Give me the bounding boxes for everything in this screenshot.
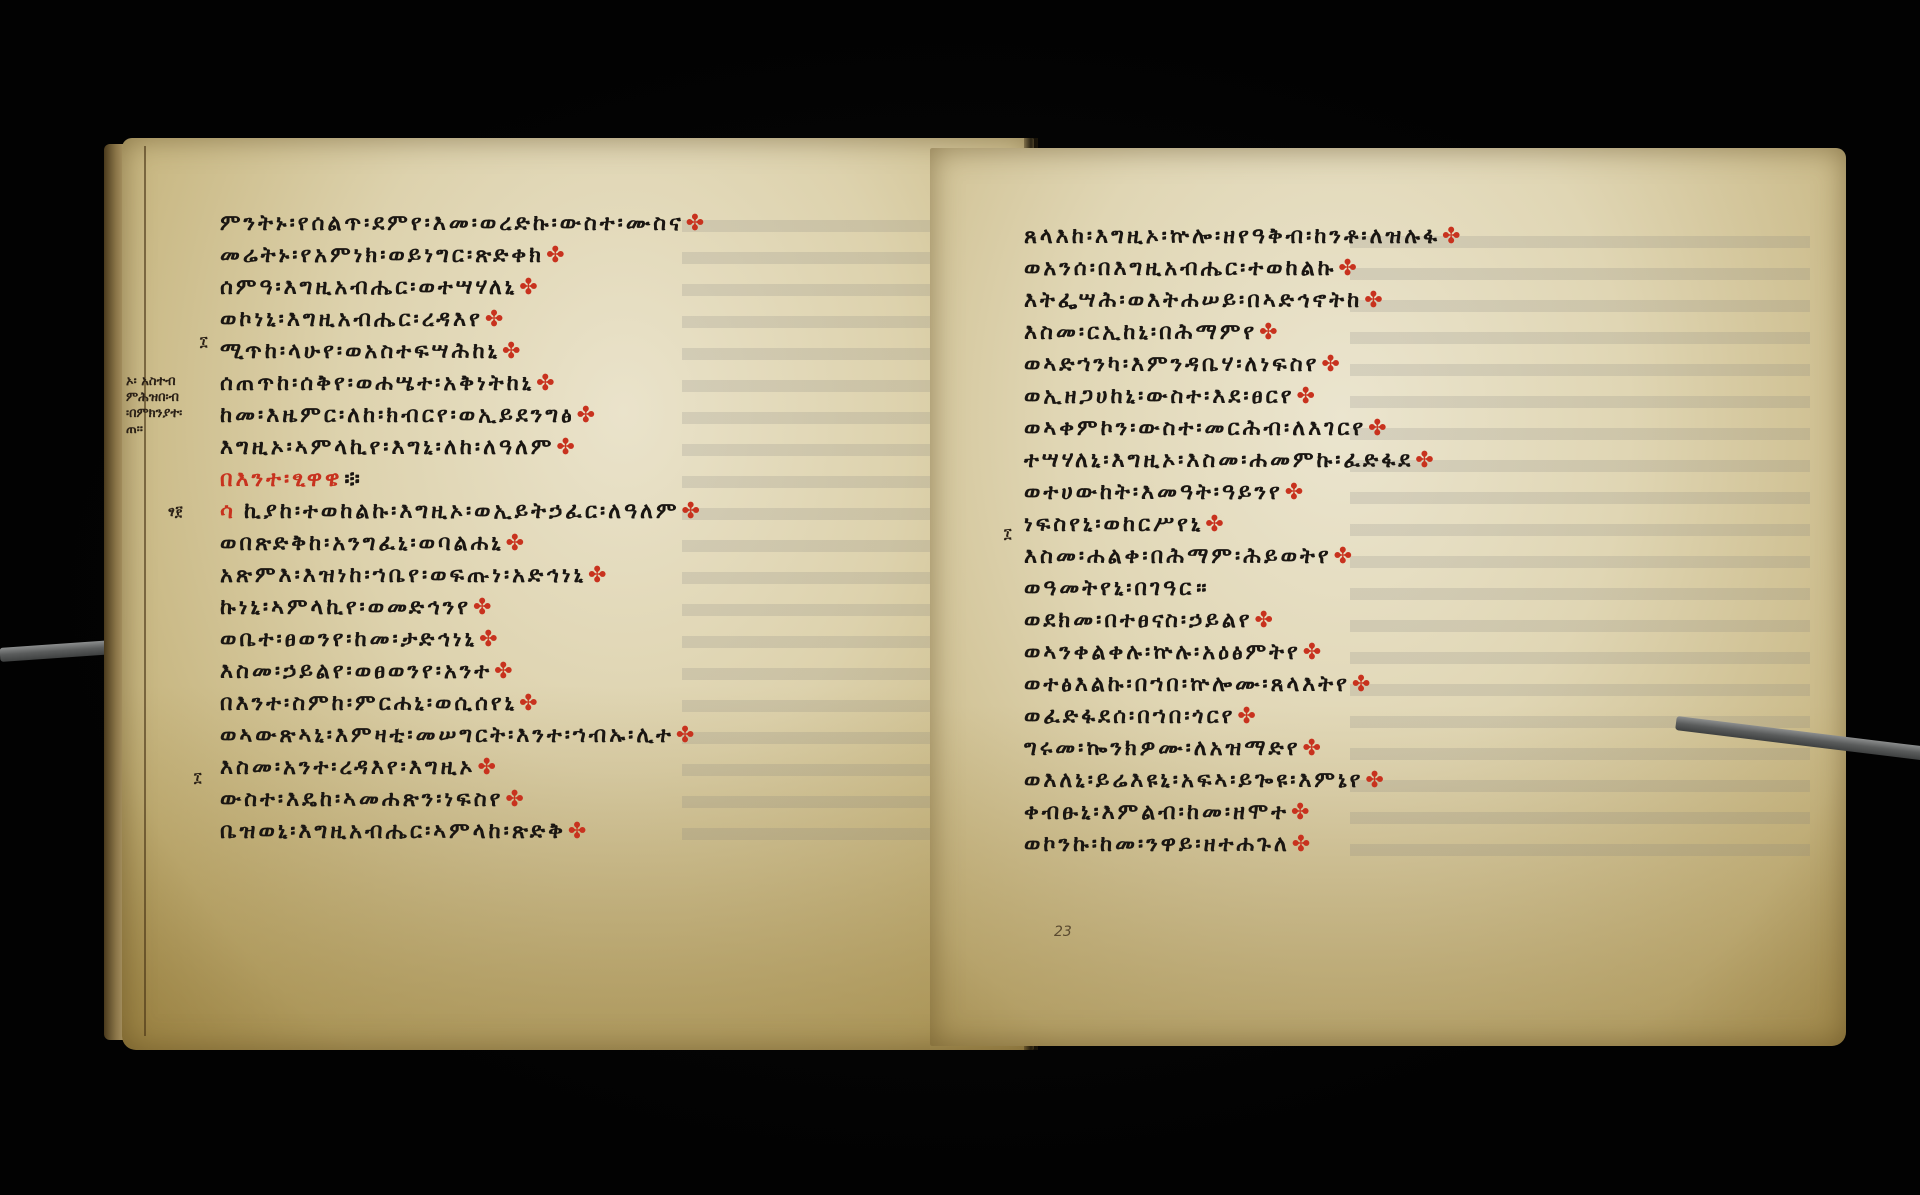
text-line: ወኣንቀልቀሉ፡ኵሉ፡አዕፅምትየ✤ <box>1024 637 1463 669</box>
text-line: ወኢዘጋሀከኒ፡ውስተ፡እደ፡ፀርየ✤ <box>1024 381 1463 413</box>
text-line: እትፌሣሕ፡ወእትሐሠይ፡በኣድኅኖትከ✤ <box>1024 285 1463 317</box>
rubric-heading: በእንተ፡ፂዋዌ፨ <box>220 464 707 496</box>
text-line: ቀብፁኒ፡እምልብ፡ከመ፡ዘሞተ✤ <box>1024 797 1463 829</box>
text-line: አጽምእ፡እዝነከ፡ኀቤየ፡ወፍጡነ፡አድኅነኒ✤ <box>220 560 707 592</box>
text-line: በእንተ፡ስምከ፡ምርሐኒ፡ወሲሰየኒ✤ <box>220 688 707 720</box>
text-line: ውስተ፡እዴከ፡ኣመሐጽን፡ነፍስየ✤ <box>220 784 707 816</box>
open-manuscript: ኦ፡ አስተብ ምሕዝበ፡ብ ፡በምክንያተ፡ ጠ፡፡ ፲ ፃ፻ ፲ ምንትኑ፡… <box>104 138 1752 1050</box>
text-line: ምንትኑ፡የሰልጥ፡ደምየ፡እመ፡ወረድኩ፡ውስተ፡ሙስና✤ <box>220 208 707 240</box>
text-line: ወቤተ፡ፀወንየ፡ከመ፡ታድኅነኒ✤ <box>220 624 707 656</box>
text-line: ወኣቀምኮን፡ውስተ፡መርሕብ፡ለእገርየ✤ <box>1024 413 1463 445</box>
text-line: ወኣድኀንካ፡እምንዳቤሃ፡ለነፍስየ✤ <box>1024 349 1463 381</box>
page-edge-line <box>144 146 146 1036</box>
text-line: እስመ፡ኃይልየ፡ወፀወንየ፡አንተ✤ <box>220 656 707 688</box>
text-line: እስመ፡ርኢከኒ፡በሕማምየ✤ <box>1024 317 1463 349</box>
text-line: ወፈድፋደሰ፡በኀበ፡ጎርየ✤ <box>1024 701 1463 733</box>
text-line: ወተፅእልኩ፡በኀበ፡ኵሎሙ፡ጸላእትየ✤ <box>1024 669 1463 701</box>
text-line: ሳኪያከ፡ተወከልኩ፡እግዚኦ፡ወኢይትኃፈር፡ለዓለም✤ <box>220 496 707 528</box>
photo-background: ኦ፡ አስተብ ምሕዝበ፡ብ ፡በምክንያተ፡ ጠ፡፡ ፲ ፃ፻ ፲ ምንትኑ፡… <box>0 0 1920 1195</box>
text-line: ኩነኒ፡ኣምላኪየ፡ወመድኅንየ✤ <box>220 592 707 624</box>
text-line: ወበጽድቅከ፡አንግፈኒ፡ወባልሐኒ✤ <box>220 528 707 560</box>
margin-note-line-3: ፡በምክንያተ፡ <box>126 406 182 422</box>
text-line: ወኮነኒ፡እግዚአብሔር፡ረዳእየ✤ <box>220 304 707 336</box>
text-line: ቤዝወኒ፡እግዚአብሔር፡ኣምላከ፡ጽድቅ✤ <box>220 816 707 848</box>
text-line: ወኮንኩ፡ከመ፡ንዋይ፡ዘተሐጉለ✤ <box>1024 829 1463 861</box>
text-line: እግዚኦ፡ኣምላኪየ፡እግኒ፡ለከ፡ለዓለም✤ <box>220 432 707 464</box>
margin-numeral: ፲ <box>200 334 207 350</box>
rubric-initial: ሳ <box>220 499 236 524</box>
text-line: መሬትኑ፡የአምነክ፡ወይነግር፡ጽድቀክ✤ <box>220 240 707 272</box>
text-line: ወኣውጽኣኒ፡እምዛቲ፡መሠግርት፡እንተ፡ኀብኡ፡ሊተ✤ <box>220 720 707 752</box>
margin-note-line-2: ምሕዝበ፡ብ <box>126 390 179 406</box>
text-line: ሰጠጥከ፡ሰቅየ፡ወሐሤተ፡አቅነትከኒ✤ <box>220 368 707 400</box>
text-line: ከመ፡እዜምር፡ለከ፡ክብርየ፡ወኢይደንግፅ✤ <box>220 400 707 432</box>
text-line: ሚጥከ፡ላሁየ፡ወአስተፍሣሕከኒ✤ <box>220 336 707 368</box>
margin-numeral: ፃ፻ <box>168 504 183 520</box>
text-line: ሰምዓ፡እግዚአብሔር፡ወተሣሃለኒ✤ <box>220 272 707 304</box>
text-line: ተሣሃለኒ፡እግዚኦ፡እስመ፡ሐመምኩ፡ፈድፋደ✤ <box>1024 445 1463 477</box>
text-line: ወዓመትየኒ፡በገዓር። <box>1024 573 1463 605</box>
text-line: ወደክመ፡በተፀናስ፡ኃይልየ✤ <box>1024 605 1463 637</box>
page-number: 23 <box>1054 924 1072 940</box>
margin-note-line-1: ኦ፡ አስተብ <box>126 374 176 390</box>
text-line: ነፍስየኒ፡ወከርሥየኒ✤ <box>1024 509 1463 541</box>
text-line: ግሩመ፡ኰንክዎሙ፡ለአዝማድየ✤ <box>1024 733 1463 765</box>
text-line: ወአንሰ፡በእግዚአብሔር፡ተወከልኩ✤ <box>1024 253 1463 285</box>
margin-note-line-4: ጠ፡፡ <box>126 422 143 438</box>
left-page-text: ምንትኑ፡የሰልጥ፡ደምየ፡እመ፡ወረድኩ፡ውስተ፡ሙስና✤ መሬትኑ፡የአምነ… <box>220 208 707 848</box>
text-line: እስመ፡ሐልቀ፡በሕማም፡ሕይወትየ✤ <box>1024 541 1463 573</box>
text-line: ጸላእከ፡እግዚኦ፡ኵሎ፡ዘየዓቅብ፡ከንቶ፡ለዝሉፋ✤ <box>1024 221 1463 253</box>
text-line: ወእለኒ፡ይሬእዩኒ፡አፍኣ፡ይጐዩ፡እምኔየ✤ <box>1024 765 1463 797</box>
text-line: ወተሀውከት፡እመዓት፡ዓይንየ✤ <box>1024 477 1463 509</box>
margin-numeral: ፲ <box>1004 526 1011 542</box>
text-line: እስመ፡አንተ፡ረዳእየ፡እግዚኦ✤ <box>220 752 707 784</box>
right-page-text: ጸላእከ፡እግዚኦ፡ኵሎ፡ዘየዓቅብ፡ከንቶ፡ለዝሉፋ✤ ወአንሰ፡በእግዚአብ… <box>1024 221 1463 861</box>
margin-numeral: ፲ <box>194 770 201 786</box>
